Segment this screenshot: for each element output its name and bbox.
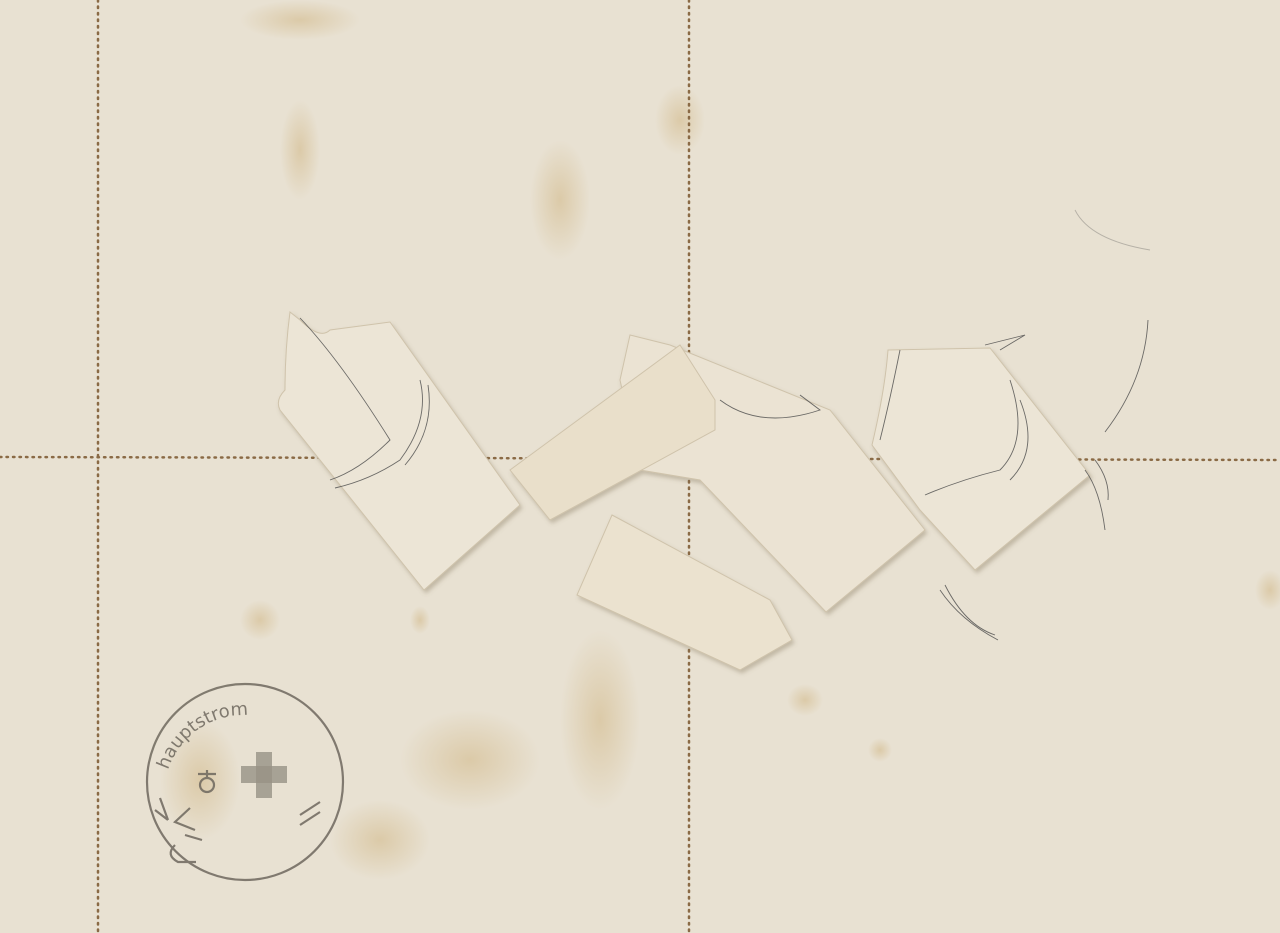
artwork-canvas: hauptstrom bbox=[0, 0, 1280, 933]
paper-fragments bbox=[278, 312, 1090, 670]
collage-artwork: hauptstrom bbox=[0, 0, 1280, 933]
